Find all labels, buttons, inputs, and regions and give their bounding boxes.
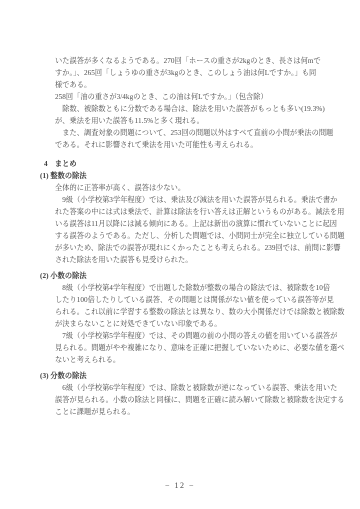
text-line: が多いため、除法での誤答が現れにくかったことも考えられる。239回では、前問に影… [55, 242, 323, 254]
text-line: また、調査対象の問題について、253回の問題以外はすべて直前の小問が乗法の問題 [55, 127, 323, 139]
text-line: 6級（小学校第6学年程度）では、除数と被除数が逆になっている誤答、乗法を用いた [55, 382, 323, 394]
text-line: 9級（小学校第3学年程度）では、乗法及び減法を用いた誤答が見られる。乗法で書か [55, 194, 323, 206]
text-line: すか。」、265回「しょうゆの重さが3kgのとき、このしょう油は何Lですか。」も… [55, 67, 323, 79]
text-line: したり100倍したりしている誤答、その問題とは関係がない値を使っている誤答等が見 [55, 294, 323, 306]
intro-paragraph: いた誤答が多くなるようである。270回「ホースの重さが2kgのとき、長さは何mで… [55, 55, 323, 151]
page-number: − 12 − [0, 481, 360, 490]
text-line: 8級（小学校第4学年程度）で出題した除数が整数の場合の除法では、被除数を10倍 [55, 282, 323, 294]
text-line: が、乗法を用いた誤答も11.5%と多く現れる。 [55, 115, 323, 127]
text-line: ないと考えられる。 [55, 354, 323, 366]
text-line: 7級（小学校第5学年程度）では、その問題の前の小問の答えの値を用いている誤答が [55, 330, 323, 342]
text-line: する誤答のようである。ただし、分析した問題では、小問同士が完全に独立している問題 [55, 230, 323, 242]
subsection-heading-integer-division: (1) 整数の除法 [40, 170, 323, 182]
text-line: られる。これ以前に学習する整数の除法とは異なり、数の大小関係だけでは除数と被除数 [55, 306, 323, 318]
subsection-body-decimal-division: 8級（小学校第4学年程度）で出題した除数が整数の場合の除法では、被除数を10倍 … [55, 282, 323, 366]
subsection-heading-decimal-division: (2) 小数の除法 [40, 270, 323, 282]
subsection-body-integer-division: 全体的に正答率が高く、誤答は少ない。 9級（小学校第3学年程度）では、乗法及び減… [55, 182, 323, 266]
page-content: いた誤答が多くなるようである。270回「ホースの重さが2kgのとき、長さは何mで… [55, 55, 323, 418]
text-line: ことに課題が見られる。 [55, 406, 323, 418]
document-page: いた誤答が多くなるようである。270回「ホースの重さが2kgのとき、長さは何mで… [0, 0, 360, 509]
section-heading-summary: 4 まとめ [44, 158, 323, 170]
text-line: である。それに影響されて乗法を用いた可能性も考えられる。 [55, 139, 323, 151]
text-line: 258回「油の重さが3/4kgのとき、この油は何Lですか。」（包含除） [55, 91, 323, 103]
text-line: 誤答が見られる。小数の除法と同様に、問題を正確に読み解いて除数と被除数を決定する [55, 394, 323, 406]
text-line: れた答案の中には式は乗法で、計算は除法を行い答えは正解というものがある。減法を用 [55, 206, 323, 218]
text-line: いた誤答が多くなるようである。270回「ホースの重さが2kgのとき、長さは何mで [55, 55, 323, 67]
text-line: 様である。 [55, 79, 323, 91]
text-line: 全体的に正答率が高く、誤答は少ない。 [55, 182, 323, 194]
text-line: された除法を用いた誤答も見受けられた。 [55, 254, 323, 266]
text-line: が決まらないことに対処できていない印象である。 [55, 318, 323, 330]
subsection-body-fraction-division: 6級（小学校第6学年程度）では、除数と被除数が逆になっている誤答、乗法を用いた … [55, 382, 323, 418]
subsection-heading-fraction-division: (3) 分数の除法 [40, 370, 323, 382]
text-line: いる誤答は11月以降には減る傾向にある。上記は新出の演算に慣れていないことに起因 [55, 218, 323, 230]
text-line: 除数、被除数ともに分数である場合は、除法を用いた誤答がもっとも多い(19.3%) [55, 103, 323, 115]
text-line: 見られる。問題がやや複雑になり、意味を正確に把握していないために、必要な値を選べ [55, 342, 323, 354]
